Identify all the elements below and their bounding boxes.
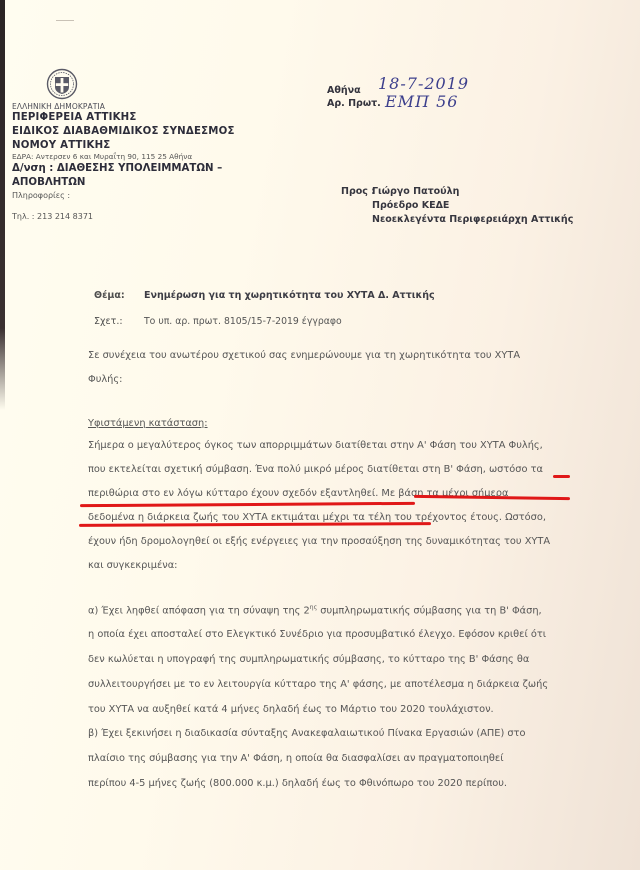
item-a-line: η οποία έχει αποσταλεί στο Ελεγκτικό Συν… bbox=[88, 629, 546, 640]
recipient-name: Γιώργο Πατούλη bbox=[372, 186, 459, 197]
recipient-title1: Πρόεδρο ΚΕΔΕ bbox=[372, 200, 449, 211]
department-line1: Δ/νση : ΔΙΑΘΕΣΗΣ ΥΠΟΛΕΙΜΜΑΤΩΝ – bbox=[12, 163, 222, 174]
item-a-line: συλλειτουργήσει με το εν λειτουργία κύττ… bbox=[88, 679, 548, 690]
country-name: ΕΛΛΗΝΙΚΗ ΔΗΜΟΚΡΑΤΙΑ bbox=[12, 102, 105, 111]
item-a-line: α) Έχει ληφθεί απόφαση για τη σύναψη της… bbox=[88, 604, 542, 616]
item-a-line: δεν κωλύεται η υπογραφή της συμπληρωματι… bbox=[88, 654, 529, 665]
reference-label: Σχετ.: bbox=[94, 316, 123, 327]
handwritten-protocol: ΕΜΠ 56 bbox=[385, 92, 458, 111]
status-line: και συγκεκριμένα: bbox=[88, 560, 177, 571]
red-pen-underline bbox=[553, 475, 570, 478]
item-a-text: α) Έχει ληφθεί απόφαση για τη σύναψη της… bbox=[88, 605, 310, 616]
to-label: Προς : bbox=[341, 186, 375, 197]
greek-coat-of-arms-icon bbox=[46, 68, 78, 100]
intro-line: Σε συνέχεια του ανωτέρου σχετικού σας εν… bbox=[88, 350, 520, 361]
handwritten-date: 18-7-2019 bbox=[378, 74, 469, 93]
region-name: ΠΕΡΙΦΕΡΕΙΑ ΑΤΤΙΚΗΣ bbox=[12, 112, 137, 123]
item-a-text: συμπληρωματικής σύμβασης για τη Β' Φάση, bbox=[317, 605, 542, 616]
page-edge-shadow bbox=[0, 0, 5, 410]
item-b-line: περίπου 4-5 μήνες ζωής (800.000 κ.μ.) δη… bbox=[88, 778, 507, 789]
subject-label: Θέμα: bbox=[94, 290, 125, 301]
info-label: Πληροφορίες : bbox=[12, 191, 70, 200]
red-pen-underline bbox=[79, 522, 431, 526]
recipient-title2: Νεοεκλεγέντα Περιφερειάρχη Αττικής bbox=[372, 214, 573, 225]
address: ΕΔΡΑ: Αντερσεν 6 και Μυραΐτη 90, 115 25 … bbox=[12, 152, 192, 161]
city-label: Αθήνα bbox=[327, 85, 361, 96]
organization-line2: ΝΟΜΟΥ ΑΤΤΙΚΗΣ bbox=[12, 140, 110, 151]
protocol-label: Αρ. Πρωτ. bbox=[327, 98, 381, 109]
intro-line: Φυλής: bbox=[88, 374, 122, 385]
scan-mark bbox=[56, 20, 74, 21]
status-line: που εκτελείται σχετική σύμβαση. Ένα πολύ… bbox=[88, 464, 543, 475]
status-line: Σήμερα ο μεγαλύτερος όγκος των απορριμμά… bbox=[88, 440, 543, 451]
subject-text: Ενημέρωση για τη χωρητικότητα του ΧΥΤΑ Δ… bbox=[144, 290, 435, 301]
section-heading: Υφιστάμενη κατάσταση: bbox=[88, 418, 208, 429]
department-line2: ΑΠΟΒΛΗΤΩΝ bbox=[12, 177, 85, 188]
status-line: έχουν ήδη δρομολογηθεί οι εξής ενέργειες… bbox=[88, 536, 550, 547]
status-line: δεδομένα η διάρκεια ζωής του ΧΥΤΑ εκτιμά… bbox=[88, 512, 546, 523]
organization-line1: ΕΙΔΙΚΟΣ ΔΙΑΒΑΘΜΙΔΙΚΟΣ ΣΥΝΔΕΣΜΟΣ bbox=[12, 126, 235, 137]
reference-text: Το υπ. αρ. πρωτ. 8105/15-7-2019 έγγραφο bbox=[144, 316, 342, 327]
phone: Τηλ. : 213 214 8371 bbox=[12, 212, 93, 221]
item-b-line: β) Έχει ξεκινήσει η διαδικασία σύνταξης … bbox=[88, 728, 526, 739]
red-pen-underline bbox=[80, 502, 415, 507]
item-a-line: του ΧΥΤΑ να αυξηθεί κατά 4 μήνες δηλαδή … bbox=[88, 704, 494, 715]
item-b-line: πλαίσιο της σύμβασης για την Α' Φάση, η … bbox=[88, 753, 504, 764]
